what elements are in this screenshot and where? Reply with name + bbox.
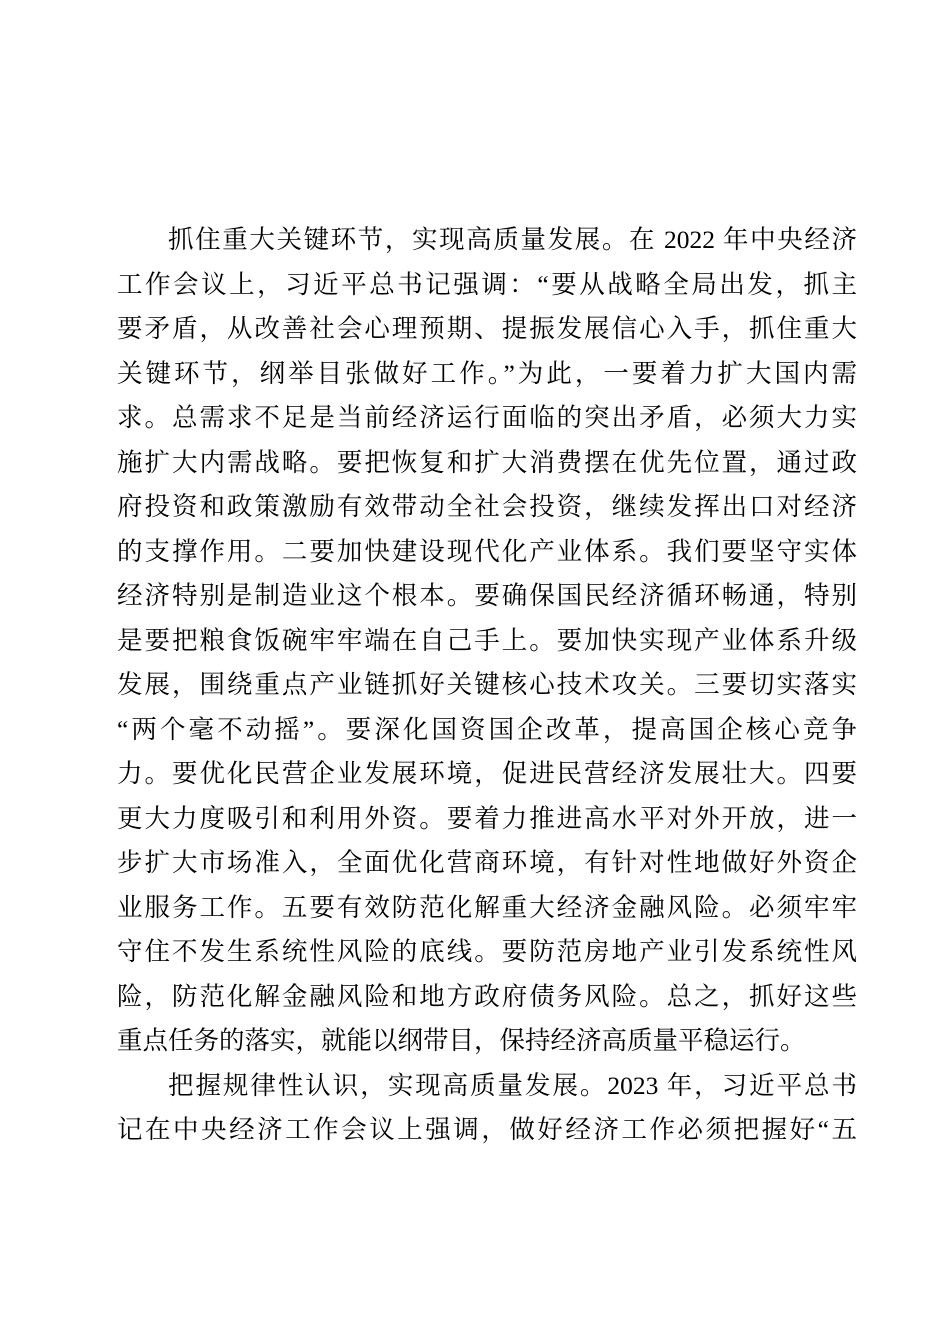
paragraph: 把握规律性认识，实现高质量发展。2023 年，习近平总书记在中央经济工作会议上强… — [117, 1064, 857, 1153]
document-page: 抓住重大关键环节，实现高质量发展。在 2022 年中央经济工作会议上，习近平总书… — [0, 0, 950, 1344]
paragraph-line: 把握规律性认识，实现高质量发展。2023 年，习近平总书 — [117, 1064, 857, 1109]
paragraph-line: 发展，围绕重点产业链抓好关键核心技术攻关。三要切实落实 — [117, 663, 857, 708]
paragraph-line: 是要把粮食饭碗牢牢端在自己手上。要加快实现产业体系升级 — [117, 619, 857, 664]
paragraph-line: 重点任务的落实，就能以纲带目，保持经济高质量平稳运行。 — [117, 1019, 857, 1064]
paragraph-line: 关键环节，纲举目张做好工作。”为此，一要着力扩大国内需 — [117, 352, 857, 397]
paragraph-line: 抓住重大关键环节，实现高质量发展。在 2022 年中央经济 — [117, 218, 857, 263]
paragraph: 抓住重大关键环节，实现高质量发展。在 2022 年中央经济工作会议上，习近平总书… — [117, 218, 857, 1064]
paragraph-line: 力。要优化民营企业发展环境，促进民营经济发展壮大。四要 — [117, 752, 857, 797]
paragraph-line: 险，防范化解金融风险和地方政府债务风险。总之，抓好这些 — [117, 975, 857, 1020]
paragraph-line: 要矛盾，从改善社会心理预期、提振发展信心入手，抓住重大 — [117, 307, 857, 352]
document-text-block: 抓住重大关键环节，实现高质量发展。在 2022 年中央经济工作会议上，习近平总书… — [117, 218, 857, 1153]
paragraph-line: 求。总需求不足是当前经济运行面临的突出矛盾，必须大力实 — [117, 396, 857, 441]
paragraph-line: 业服务工作。五要有效防范化解重大经济金融风险。必须牢牢 — [117, 886, 857, 931]
paragraph-line: 施扩大内需战略。要把恢复和扩大消费摆在优先位置，通过政 — [117, 441, 857, 486]
paragraph-line: 更大力度吸引和利用外资。要着力推进高水平对外开放，进一 — [117, 797, 857, 842]
paragraph-line: “两个毫不动摇”。要深化国资国企改革，提高国企核心竞争 — [117, 708, 857, 753]
paragraph-line: 府投资和政策激励有效带动全社会投资，继续发挥出口对经济 — [117, 485, 857, 530]
paragraph-line: 的支撑作用。二要加快建设现代化产业体系。我们要坚守实体 — [117, 530, 857, 575]
paragraph-line: 工作会议上，习近平总书记强调：“要从战略全局出发，抓主 — [117, 263, 857, 308]
paragraph-line: 步扩大市场准入，全面优化营商环境，有针对性地做好外资企 — [117, 841, 857, 886]
paragraph-line: 记在中央经济工作会议上强调，做好经济工作必须把握好“五 — [117, 1108, 857, 1153]
paragraph-line: 经济特别是制造业这个根本。要确保国民经济循环畅通，特别 — [117, 574, 857, 619]
paragraph-line: 守住不发生系统性风险的底线。要防范房地产业引发系统性风 — [117, 930, 857, 975]
